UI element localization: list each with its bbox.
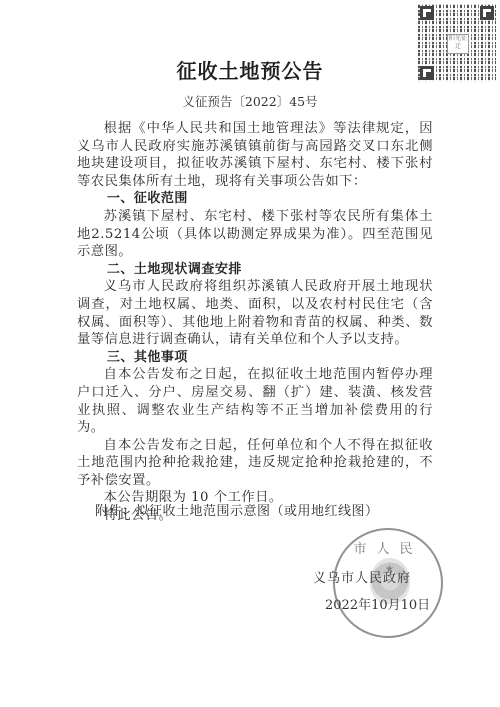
- section-heading-other: 三、其他事项: [77, 349, 433, 367]
- document-body: 根据《中华人民共和国土地管理法》等法律规定，因义乌市人民政府实施苏溪镇镇前街与高…: [77, 120, 433, 525]
- section-paragraph: 自本公告发布之日起，在拟征收土地范围内暂停办理户口迁入、分户、房屋交易、翻（扩）…: [77, 366, 433, 436]
- section-paragraph: 自本公告发布之日起，任何单位和个人不得在拟征收土地范围内抢种抢栽抢建，违反规定抢…: [77, 437, 433, 490]
- section-paragraph: 义乌市人民政府将组织苏溪镇人民政府开展土地现状调查，对土地权属、地类、面积，以及…: [77, 278, 433, 348]
- issue-date: 2022年10月10日: [325, 594, 430, 613]
- page-title: 征收土地预公告: [0, 55, 500, 84]
- qr-center-logo: 阳光征迁: [447, 34, 469, 54]
- intro-paragraph: 根据《中华人民共和国土地管理法》等法律规定，因义乌市人民政府实施苏溪镇镇前街与高…: [77, 120, 433, 190]
- qr-finder-icon: [480, 6, 494, 20]
- section-heading-scope: 一、征收范围: [77, 190, 433, 208]
- attachment-note: 附件：拟征收土地范围示意图（或用地红线图）: [95, 500, 379, 519]
- document-number: 义征预告〔2022〕45号: [0, 92, 500, 110]
- section-paragraph: 苏溪镇下屋村、东宅村、楼下张村等农民所有集体土地2.5214公顷（具体以勘测定界…: [77, 208, 433, 261]
- qr-finder-icon: [420, 6, 434, 20]
- section-heading-survey: 二、土地现状调查安排: [77, 261, 433, 279]
- issuer-name: 义乌市人民政府: [313, 567, 411, 586]
- seal-arc-text: 市人民: [335, 538, 441, 557]
